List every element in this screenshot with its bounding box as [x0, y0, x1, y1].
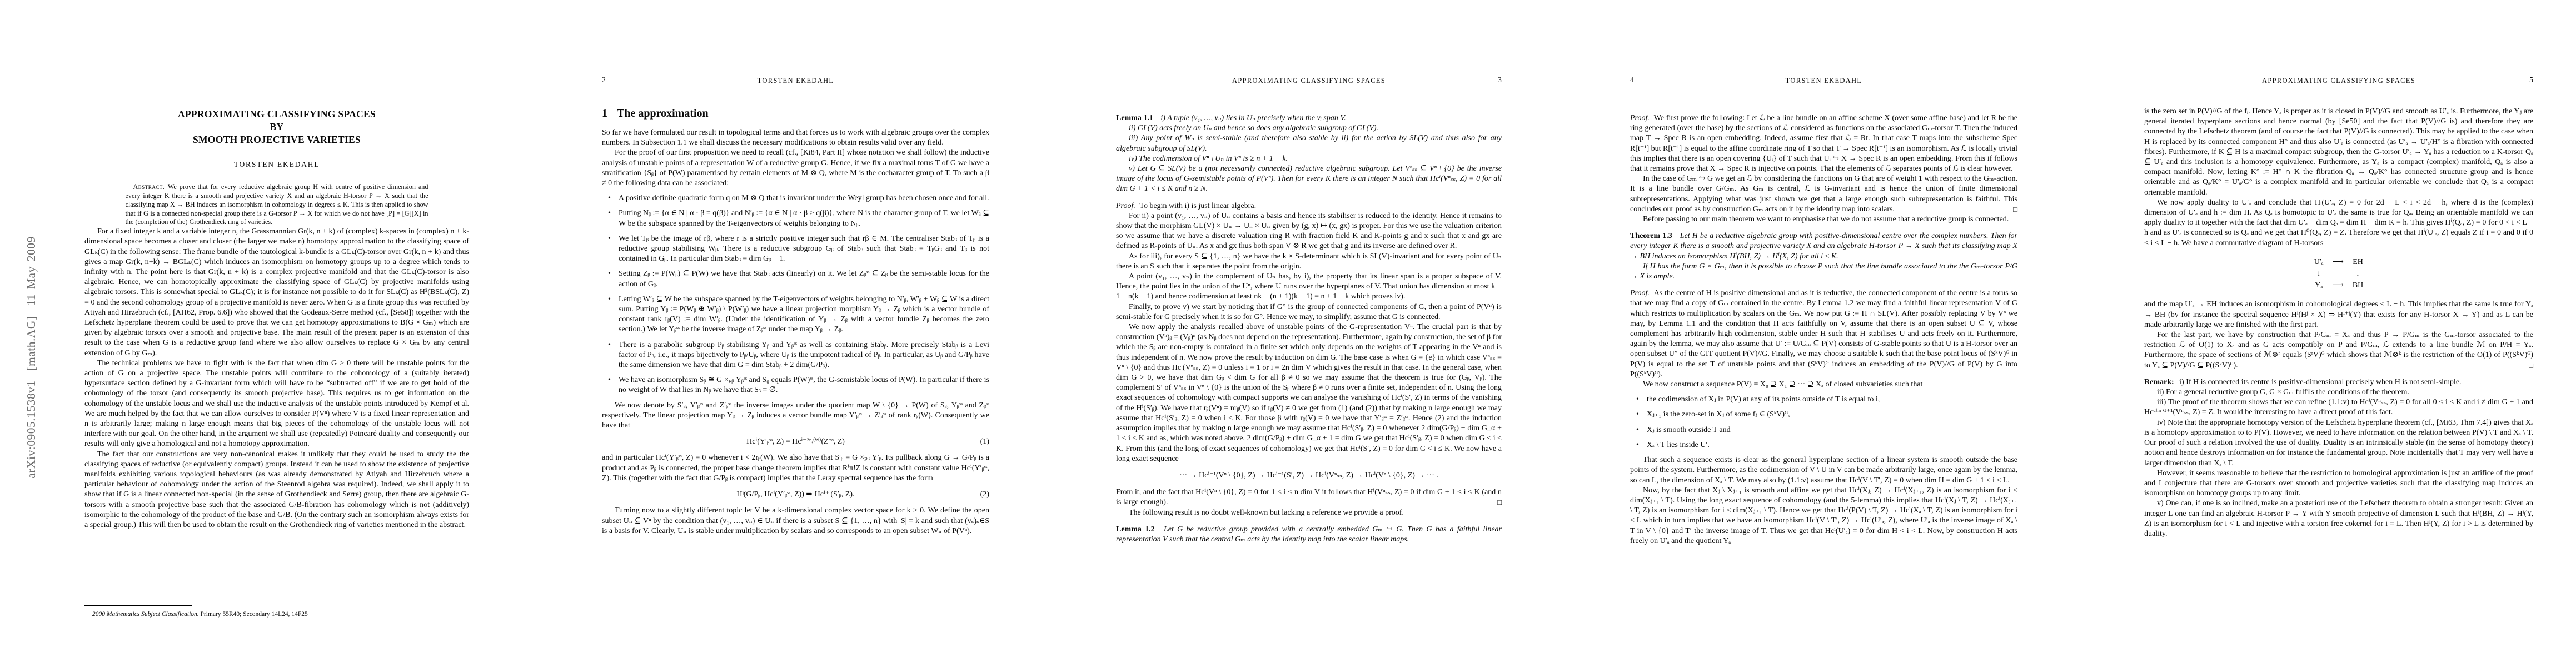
bullet-item: Xⱼ is smooth outside T and	[1630, 425, 2017, 435]
running-title: APPROXIMATING CLASSIFYING SPACES	[1232, 77, 1386, 85]
page-number: 3	[1498, 76, 1502, 85]
running-head: APPROXIMATING CLASSIFYING SPACES 3	[1116, 76, 1502, 87]
paragraph: That such a sequence exists is clear as …	[1630, 455, 2017, 486]
equation-tag: (1)	[980, 437, 989, 447]
bullet-list: the codimension of Xⱼ in P(V) at any of …	[1630, 395, 2017, 450]
display-equation: Hcⁱ(Y′ᵦˢˢ, Z) = Hcⁱ⁻²ʳᵦ⁽ᵂ⁾(Z′ˢˢ, Z)(1)	[602, 437, 989, 447]
lemma-label: Lemma 1.1	[1116, 114, 1160, 122]
qed-box: □	[2000, 205, 2017, 215]
paragraph: For a fixed integer k and a variable int…	[84, 227, 469, 359]
proof-label: Proof.	[1630, 289, 1654, 297]
abstract-label: Abstract.	[133, 183, 168, 191]
qed-box: □	[2516, 361, 2533, 371]
theorem-paragraph: Theorem 1.3 Let H be a reductive algebra…	[1630, 231, 2017, 262]
paragraph: The fact that our constructions are very…	[84, 450, 469, 531]
page-number: 2	[602, 76, 606, 85]
page-body: is the zero set in P(V)//G of the fᵢ. He…	[2144, 103, 2533, 539]
paper-title-line: BY	[84, 121, 469, 133]
bullet-item: A positive definite quadratic form q on …	[602, 193, 989, 203]
lemma-paragraph: iv) The codimension of Vⁿ \ Uₙ in Vⁿ is …	[1116, 154, 1502, 164]
spacer	[2333, 269, 2344, 279]
paragraph: is the zero set in P(V)//G of the fᵢ. He…	[2144, 107, 2533, 198]
running-head: APPROXIMATING CLASSIFYING SPACES 5	[2144, 76, 2533, 87]
bullet-item: Setting Zᵦ := P(Wᵦ) ⊆ P(W) we have that …	[602, 269, 989, 289]
bullet-item: We let Tᵦ be the image of rβ, where r is…	[602, 234, 989, 265]
theorem: Theorem 1.3 Let H be a reductive algebra…	[1630, 231, 2017, 282]
page-body: Proof. We first prove the following: Let…	[1630, 103, 2017, 546]
page-number: 5	[2529, 76, 2533, 85]
lemma-paragraph: Lemma 1.2 Let G be reductive group provi…	[1116, 525, 1502, 545]
proof-paragraph: Proof. To begin with i) is just linear a…	[1116, 201, 1502, 211]
proof-paragraph: As for iii), for every S ⊆ {1, …, n} we …	[1116, 252, 1502, 272]
proof-paragraph: In the case of Gₘ ↪ G we get an ℒ by con…	[1630, 174, 2017, 215]
down-arrow-icon: ↓	[2353, 269, 2363, 279]
display-equation: Hʲ(G/Pᵦ, Hcⁱ(Y′ᵦˢˢ, Z)) ⇒ Hcⁱ⁺ʲ(S′ᵦ, Z).…	[602, 490, 989, 500]
page-body: 1The approximationSo far we have formula…	[602, 103, 989, 536]
theorem-paragraph: If H has the form G × Gₘ, then it is pos…	[1630, 262, 2017, 282]
bullet-list: A positive definite quadratic form q on …	[602, 193, 989, 395]
paragraph: The following result is no doubt well-kn…	[1116, 508, 1502, 518]
proof-paragraph: We now construct a sequence P(V) = X₀ ⊇ …	[1630, 380, 2017, 390]
bullet-item: Xⱼ₊₁ is the zero-set in Xⱼ of some fⱼ ∈ …	[1630, 410, 2017, 420]
proof-label: Proof.	[1116, 202, 1139, 210]
proof-paragraph: Proof. As the centre of H is positive di…	[1630, 288, 2017, 380]
running-title: TORSTEN EKEDAHL	[758, 77, 834, 85]
proof: Proof. To begin with i) is just linear a…	[1116, 201, 1502, 464]
running-head: 2 TORSTEN EKEDAHL	[602, 76, 989, 87]
paragraph: So far we have formulated our result in …	[602, 128, 989, 148]
remark-paragraph: However, it seems reasonable to believe …	[2144, 469, 2533, 499]
document-canvas: arXiv:0905.1538v1 [math.AG] 11 May 2009 …	[0, 0, 2576, 667]
diagram-node: BH	[2353, 281, 2363, 291]
page-2: 2 TORSTEN EKEDAHL 1The approximationSo f…	[602, 0, 989, 667]
paper-title: APPROXIMATING CLASSIFYING SPACESBYSMOOTH…	[84, 108, 469, 146]
theorem-label: Theorem 1.3	[1630, 232, 1680, 240]
diagram-node: Yₐ	[2314, 281, 2324, 291]
bullet-item: Putting Nᵦ := {α ∈ N | α · β = q(β)} and…	[602, 208, 989, 228]
bullet-item: Xₐ \ T lies inside U′.	[1630, 440, 2017, 450]
lemma-paragraph: ii) GL(V) acts freely on Uₙ and hence so…	[1116, 123, 1502, 133]
right-arrow-icon: ⟶	[2333, 281, 2344, 291]
section-title: The approximation	[617, 107, 709, 120]
qed-box: □	[1497, 497, 1502, 507]
paragraph: Turning now to a slightly different topi…	[602, 506, 989, 536]
diagram-node: EH	[2353, 257, 2363, 267]
remark-paragraph: v) One can, if one is so inclined, make …	[2144, 499, 2533, 539]
proof-paragraph: Proof. We first prove the following: Let…	[1630, 113, 2017, 174]
lemma-paragraph: Lemma 1.1 i) A tuple (v₁, …, vₙ) lies in…	[1116, 113, 1502, 123]
running-title: APPROXIMATING CLASSIFYING SPACES	[2262, 77, 2415, 85]
footnote-text: 2000 Mathematics Subject Classification.…	[84, 610, 469, 619]
bullet-item: We have an isomorphism Sᵦ ≅ G ×ₚᵦ Yᵦˢˢ a…	[602, 375, 989, 395]
paragraph: and in particular Hcⁱ(Y′ᵦˢˢ, Z) = 0 when…	[602, 453, 989, 484]
lemma: Lemma 1.2 Let G be reductive group provi…	[1116, 525, 1502, 545]
paragraph: For the last part, we have by constructi…	[2144, 330, 2533, 371]
author-name: TORSTEN EKEDAHL	[84, 160, 469, 170]
running-title: TORSTEN EKEDAHL	[1786, 77, 1862, 85]
paper-title-line: SMOOTH PROJECTIVE VARIETIES	[84, 133, 469, 146]
equation-text: Hʲ(G/Pᵦ, Hcⁱ(Y′ᵦˢˢ, Z)) ⇒ Hcⁱ⁺ʲ(S′ᵦ, Z).	[736, 490, 854, 499]
equation-text: Hcⁱ(Y′ᵦˢˢ, Z) = Hcⁱ⁻²ʳᵦ⁽ᵂ⁾(Z′ˢˢ, Z)	[746, 437, 845, 446]
abstract: Abstract. We prove that for every reduct…	[126, 183, 428, 227]
remark-paragraph: iv) Note that the appropriate homotopy v…	[2144, 418, 2533, 469]
proof-paragraph: For ii) a point (v₁, …, vₙ) of Uₙ contai…	[1116, 211, 1502, 252]
arxiv-watermark-text: arXiv:0905.1538v1 [math.AG] 11 May 2009	[24, 236, 38, 478]
bullet-item: the codimension of Xⱼ in P(V) at any of …	[1630, 395, 2017, 405]
proof-paragraph: Finally, to prove v) we start by noticin…	[1116, 302, 1502, 322]
page-1: APPROXIMATING CLASSIFYING SPACESBYSMOOTH…	[84, 0, 469, 667]
proof-paragraph: A point (v₁, …, vₙ) in the complement of…	[1116, 272, 1502, 302]
proof: Proof. We first prove the following: Let…	[1630, 113, 2017, 215]
right-arrow-icon: ⟶	[2333, 257, 2344, 267]
paragraph: For the proof of our first proposition w…	[602, 148, 989, 188]
page-body: APPROXIMATING CLASSIFYING SPACESBYSMOOTH…	[84, 103, 469, 530]
paragraph: Now, by the fact that Xⱼ \ Xⱼ₊₁ is smoot…	[1630, 486, 2017, 546]
equation-tag: (2)	[980, 490, 989, 500]
commutative-diagram: U′ₐ⟶EH↓↓Yₐ⟶BH	[2144, 257, 2533, 291]
down-arrow-icon: ↓	[2314, 269, 2324, 279]
lemma-paragraph: v) Let G ⊆ SL(V) be a (not necessarily c…	[1116, 164, 1502, 195]
proof: Proof. As the centre of H is positive di…	[1630, 288, 2017, 390]
footnote-label: 2000 Mathematics Subject Classification.	[92, 611, 199, 618]
paragraph: From it, and the fact that Hcⁱ(Vⁿ \ {0},…	[1116, 487, 1502, 507]
running-head: 4 TORSTEN EKEDAHL	[1630, 76, 2017, 87]
remark-paragraph: iii) The proof of the theorem shows that…	[2144, 397, 2533, 417]
lemma-label: Lemma 1.2	[1116, 525, 1164, 534]
page-number: 4	[1630, 76, 1634, 85]
paragraph: We now apply duality to U′ₐ and conclude…	[2144, 198, 2533, 248]
proof-paragraph: We now apply the analysis recalled above…	[1116, 322, 1502, 464]
diagram-node: U′ₐ	[2314, 257, 2324, 267]
paragraph: We now denote by S′ᵦ, Y′ᵦˢˢ and Z′ᵦˢˢ th…	[602, 401, 989, 431]
display-equation: ··· → Hcⁱ⁻¹(Vⁿ \ {0}, Z) → Hcⁱ⁻¹(S′, Z) …	[1116, 471, 1502, 481]
bullet-item: Letting W′ᵦ ⊆ W be the subspace spanned …	[602, 295, 989, 335]
abstract-text: Abstract. We prove that for every reduct…	[126, 183, 428, 227]
proof-label: Proof.	[1630, 114, 1654, 122]
paragraph: and the map U′ₐ → EH induces an isomorph…	[2144, 300, 2533, 330]
footnote: 2000 Mathematics Subject Classification.…	[84, 605, 469, 619]
page-3: APPROXIMATING CLASSIFYING SPACES 3 Lemma…	[1116, 0, 1502, 667]
bullet-item: There is a parabolic subgroup Pᵦ stabili…	[602, 340, 989, 371]
page-5: APPROXIMATING CLASSIFYING SPACES 5 is th…	[2144, 0, 2533, 667]
footnote-rule	[84, 605, 192, 606]
lemma: Lemma 1.1 i) A tuple (v₁, …, vₙ) lies in…	[1116, 113, 1502, 195]
remark: Remark: i) If H is connected its centre …	[2144, 377, 2533, 539]
remark-label: Remark:	[2144, 378, 2179, 386]
arxiv-watermark: arXiv:0905.1538v1 [math.AG] 11 May 2009	[24, 99, 38, 616]
section-number: 1	[602, 107, 607, 120]
paragraph: The technical problems we have to fight …	[84, 359, 469, 450]
remark-paragraph: ii) For a general reductive group G, G ×…	[2144, 387, 2533, 397]
remark-paragraph: Remark: i) If H is connected its centre …	[2144, 377, 2533, 387]
page-body: Lemma 1.1 i) A tuple (v₁, …, vₙ) lies in…	[1116, 103, 1502, 551]
paper-title-line: APPROXIMATING CLASSIFYING SPACES	[84, 108, 469, 121]
lemma-paragraph: iii) Any point of Wₙ is semi-stable (and…	[1116, 133, 1502, 153]
page-4: 4 TORSTEN EKEDAHL Proof. We first prove …	[1630, 0, 2017, 667]
section-heading: 1The approximation	[602, 107, 989, 120]
paragraph: Before passing to our main theorem we wa…	[1630, 215, 2017, 225]
